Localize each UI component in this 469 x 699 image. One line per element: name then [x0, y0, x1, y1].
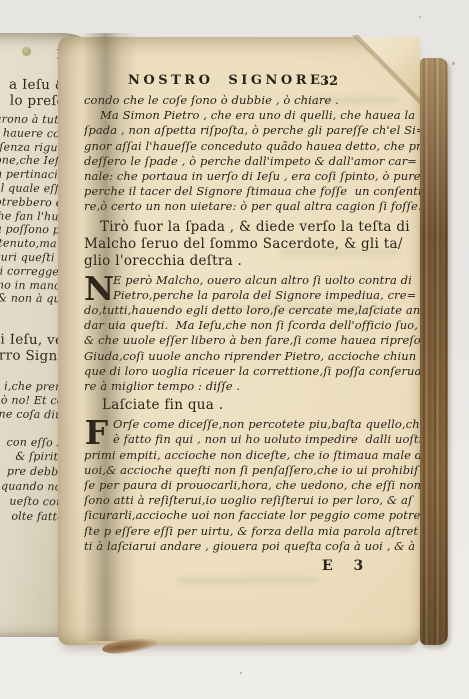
text-line: Pietro,perche la parola del Signore impe…: [84, 288, 420, 303]
text-line: & che uuole eſſer libero à ben fare,ſi c…: [84, 333, 420, 348]
page-text-block: NOSTRO SIGNORE. 32 condo che le coſe ſon…: [84, 71, 420, 574]
text-line: deſſero le ſpade , ò perche dall'impeto …: [84, 154, 420, 169]
text-line: E però Malcho, ouero alcun altro ſi uolt…: [84, 273, 420, 288]
text-line: ſpada , non aſpetta riſpoſta, ò perche g…: [84, 123, 420, 138]
text-line: re,ò certo un non uietare: ò per qual al…: [84, 199, 420, 214]
text-line: ſte p eſſere eſſi per uirtu, & forza del…: [84, 524, 420, 539]
book-photo: E L a Ieſu & m lo preſero. icarono à tut…: [0, 0, 469, 699]
text-line: Tirò fuor la ſpada , & diede verſo la te…: [84, 219, 420, 236]
paragraph: condo che le coſe ſono ò dubbie , ò chia…: [84, 93, 420, 108]
text-line: ſono atti à reſiſterui,io uoglio reſiſte…: [84, 493, 420, 508]
text-line: nale: che portaua in uerſo di Ieſu , era…: [84, 169, 420, 184]
scripture-quote-paragraph: Laſciate fin qua .: [84, 397, 420, 414]
page-number: 32: [320, 74, 338, 89]
paragraph: Ma Simon Pietro , che era uno di quelli,…: [84, 108, 420, 214]
text-line: glio l'orecchia deſtra .: [84, 253, 420, 270]
running-title: NOSTRO SIGNORE.: [128, 73, 331, 88]
text-line: do,tutti,hauendo egli detto loro,ſe cerc…: [84, 303, 420, 318]
ink-bleedthrough: [178, 577, 318, 584]
text-line: re à miglior tempo : diſſe .: [84, 379, 420, 394]
speck: [452, 62, 455, 65]
paragraph-with-dropcap: F Orſe come diceſſe,non percotete piu,ba…: [84, 417, 420, 554]
right-page: NOSTRO SIGNORE. 32 condo che le coſe ſon…: [58, 37, 420, 645]
page-header: NOSTRO SIGNORE. 32: [84, 71, 420, 93]
speck: [240, 672, 242, 674]
paragraph-with-dropcap: N E però Malcho, ouero alcun altro ſi uo…: [84, 273, 420, 395]
text-line: Laſciate fin qua .: [84, 397, 420, 414]
speck: [419, 16, 421, 18]
text-line: dar uia queſti. Ma Ieſu,che non ſi ſcord…: [84, 318, 420, 333]
text-line: Malcho ſeruo del ſommo Sacerdote, & gli …: [84, 236, 420, 253]
text-line: perche il tacer del Signore ſtimaua che …: [84, 184, 420, 199]
drop-cap-letter: F: [84, 419, 109, 446]
text-line: Ma Simon Pietro , che era uno di quelli,…: [84, 108, 420, 123]
book-fore-edge: [420, 58, 448, 645]
drop-cap-letter: N: [84, 275, 109, 302]
text-line: condo che le coſe ſono ò dubbie , ò chia…: [84, 93, 420, 108]
text-line: ſe per paura di prouocarli,hora, che ued…: [84, 478, 420, 493]
text-line: que di loro uoglia riceuer la correttion…: [84, 364, 420, 379]
text-line: ti à laſciarui andare , giouera poi queſ…: [84, 539, 420, 554]
scripture-quote-paragraph: Tirò fuor la ſpada , & diede verſo la te…: [84, 219, 420, 270]
text-line: uoi,& accioche queſti non ſi penſaſſero,…: [84, 463, 420, 478]
text-line: primi empiti, accioche non diceſte, che …: [84, 448, 420, 463]
text-line: Giuda,coſi uuole ancho riprender Pietro,…: [84, 349, 420, 364]
stain: [101, 636, 158, 657]
text-line: è fatto fin qui , non ui ho uoluto imped…: [84, 432, 420, 447]
signature-mark: E 3: [84, 558, 420, 574]
text-line: gnor aſſai l'haueſſe conceduto quãdo hau…: [84, 139, 420, 154]
text-line: Orſe come diceſſe,non percotete piu,baſt…: [84, 417, 420, 432]
text-line: ſicurarli,accioche uoi non facciate lor …: [84, 508, 420, 523]
